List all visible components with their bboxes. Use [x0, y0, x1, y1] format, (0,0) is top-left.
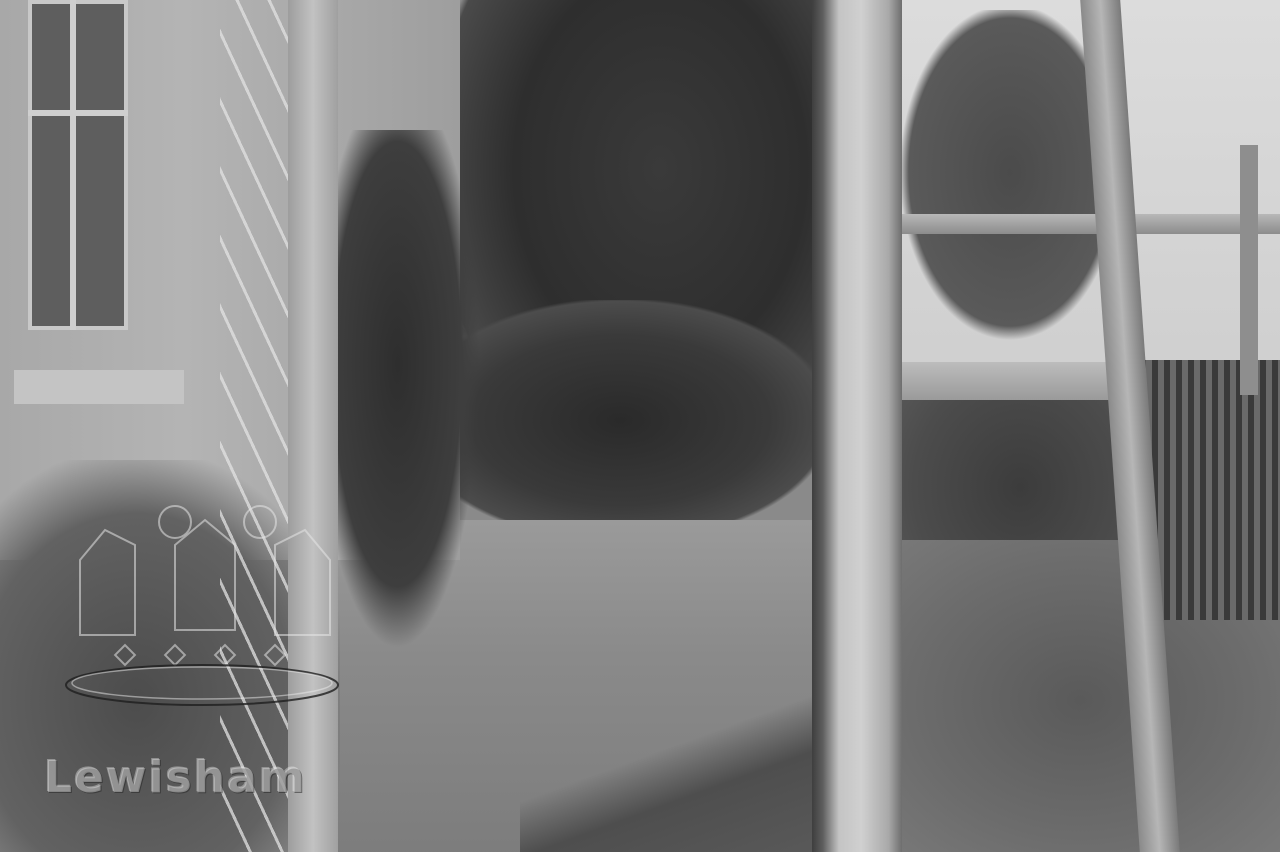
- picket-fence: [1140, 360, 1280, 620]
- window-sill: [14, 370, 184, 404]
- lawn-shadow: [520, 690, 820, 852]
- fence-post-far: [1240, 145, 1258, 395]
- wooden-post: [812, 0, 902, 852]
- window: [28, 0, 128, 330]
- trellis-post: [288, 0, 338, 852]
- window-transom: [28, 110, 128, 116]
- climbing-plant: [330, 130, 480, 650]
- watermark-text: Lewisham: [44, 752, 307, 803]
- fence-rail-top: [900, 214, 1280, 234]
- crown-icon: [60, 500, 350, 710]
- window-mullion: [70, 0, 76, 330]
- garden-photograph: Lewisham: [0, 0, 1280, 852]
